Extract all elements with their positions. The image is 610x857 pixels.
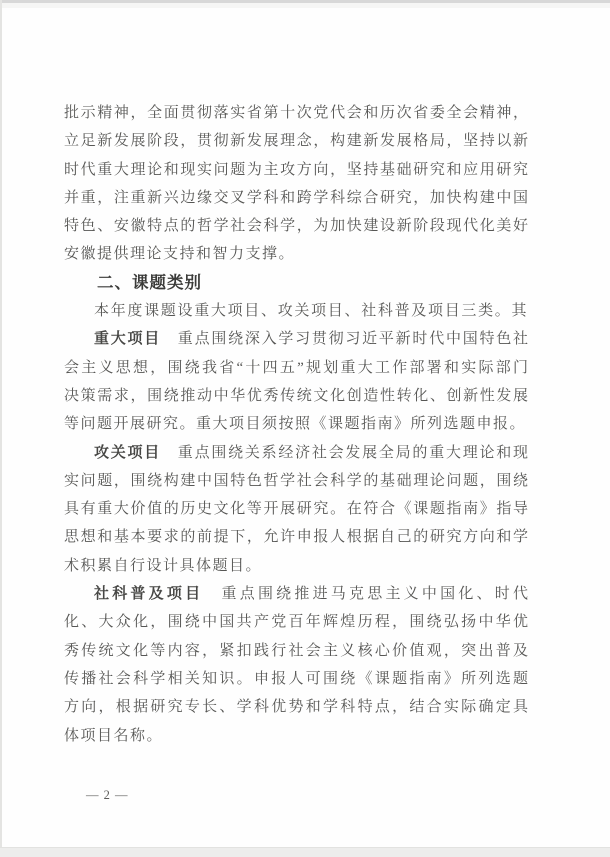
project-type-label: 社科普及项目	[94, 586, 203, 602]
text-line: 等问题开展研究。重大项目须按照《课题指南》所列选题申报。	[64, 410, 528, 438]
text-line: 传播社会科学相关知识。申报人可围绕《课题指南》所列选题	[64, 665, 528, 693]
text-run: 传播社会科学相关知识。申报人可围绕《课题指南》所列选题	[64, 671, 528, 687]
text-run: 术积累自行设计具体题目。	[64, 558, 262, 574]
text-line: 安徽提供理论支持和智力支撑。	[64, 240, 528, 268]
page-number: — 2 —	[86, 788, 129, 803]
text-line: 秀传统文化等内容，紧扣践行社会主义核心价值观，突出普及	[64, 637, 528, 665]
text-line: 方向，根据研究专长、学科优势和学科特点，结合实际确定具	[64, 693, 528, 721]
text-run: 安徽提供理论支持和智力支撑。	[64, 246, 295, 262]
project-type-label: 重大项目	[94, 331, 161, 347]
text-column: 批示精神，全面贯彻落实省第十次党代会和历次省委全会精神，立足新发展阶段，贯彻新发…	[64, 99, 528, 750]
text-run: 重点围绕深入学习贯彻习近平新时代中国特色社	[161, 331, 528, 347]
text-line: 体项目名称。	[64, 722, 528, 750]
text-run: 重点围绕关系经济社会发展全局的重大理论和现	[161, 445, 528, 461]
text-line: 攻关项目 重点围绕关系经济社会发展全局的重大理论和现	[64, 439, 528, 467]
text-run: 并重，注重新兴边缘交叉学科和跨学科综合研究，加快构建中国	[64, 190, 528, 206]
section-heading: 二、课题类别	[64, 269, 528, 297]
text-run: 立足新发展阶段，贯彻新发展理念，构建新发展格局，坚持以新	[64, 133, 528, 149]
text-line: 具有重大价值的历史文化等开展研究。在符合《课题指南》指导	[64, 495, 528, 523]
text-run: 会主义思想，围绕我省“十四五”规划重大工作部署和实际部门	[64, 360, 528, 376]
text-line: 思想和基本要求的前提下，允许申报人根据自己的研究方向和学	[64, 523, 528, 551]
text-run: 等问题开展研究。重大项目须按照《课题指南》所列选题申报。	[64, 416, 526, 432]
text-run: 实问题，围绕构建中国特色哲学社会科学的基础理论问题，围绕	[64, 473, 528, 489]
text-line: 本年度课题设重大项目、攻关项目、社科普及项目三类。其中：	[64, 297, 528, 325]
text-run: 体项目名称。	[64, 728, 163, 744]
text-line: 化、大众化，围绕中国共产党百年辉煌历程，围绕弘扬中华优	[64, 608, 528, 636]
text-run: 秀传统文化等内容，紧扣践行社会主义核心价值观，突出普及	[64, 643, 528, 659]
text-line: 时代重大理论和现实问题为主攻方向，坚持基础研究和应用研究	[64, 156, 528, 184]
scan-edge-left	[0, 0, 2, 857]
text-line: 术积累自行设计具体题目。	[64, 552, 528, 580]
text-run: 批示精神，全面贯彻落实省第十次党代会和历次省委全会精神，	[64, 105, 528, 121]
text-run: 本年度课题设重大项目、攻关项目、社科普及项目三类。其中：	[64, 303, 528, 325]
text-line: 会主义思想，围绕我省“十四五”规划重大工作部署和实际部门	[64, 354, 528, 382]
text-line: 批示精神，全面贯彻落实省第十次党代会和历次省委全会精神，	[64, 99, 528, 127]
text-run: 特色、安徽特点的哲学社会科学，为加快建设新阶段现代化美好	[64, 218, 528, 234]
text-line: 特色、安徽特点的哲学社会科学，为加快建设新阶段现代化美好	[64, 212, 528, 240]
text-line: 立足新发展阶段，贯彻新发展理念，构建新发展格局，坚持以新	[64, 127, 528, 155]
project-type-label: 攻关项目	[94, 445, 161, 461]
text-run: 化、大众化，围绕中国共产党百年辉煌历程，围绕弘扬中华优	[64, 614, 528, 630]
text-run: 时代重大理论和现实问题为主攻方向，坚持基础研究和应用研究	[64, 162, 528, 178]
text-line: 实问题，围绕构建中国特色哲学社会科学的基础理论问题，围绕	[64, 467, 528, 495]
text-run: 决策需求，围绕推动中华优秀传统文化创造性转化、创新性发展	[64, 388, 528, 404]
scan-edge-bottom	[0, 847, 610, 857]
text-run: 具有重大价值的历史文化等开展研究。在符合《课题指南》指导	[64, 501, 528, 517]
text-run: 思想和基本要求的前提下，允许申报人根据自己的研究方向和学	[64, 529, 528, 545]
text-line: 重大项目 重点围绕深入学习贯彻习近平新时代中国特色社	[64, 325, 528, 353]
text-run: 重点围绕推进马克思主义中国化、时代	[203, 586, 528, 602]
text-line: 社科普及项目 重点围绕推进马克思主义中国化、时代	[64, 580, 528, 608]
scan-edge-top	[0, 0, 610, 8]
text-run: 方向，根据研究专长、学科优势和学科特点，结合实际确定具	[64, 699, 528, 715]
document-page: 批示精神，全面贯彻落实省第十次党代会和历次省委全会精神，立足新发展阶段，贯彻新发…	[0, 0, 610, 857]
text-line: 决策需求，围绕推动中华优秀传统文化创造性转化、创新性发展	[64, 382, 528, 410]
text-line: 并重，注重新兴边缘交叉学科和跨学科综合研究，加快构建中国	[64, 184, 528, 212]
